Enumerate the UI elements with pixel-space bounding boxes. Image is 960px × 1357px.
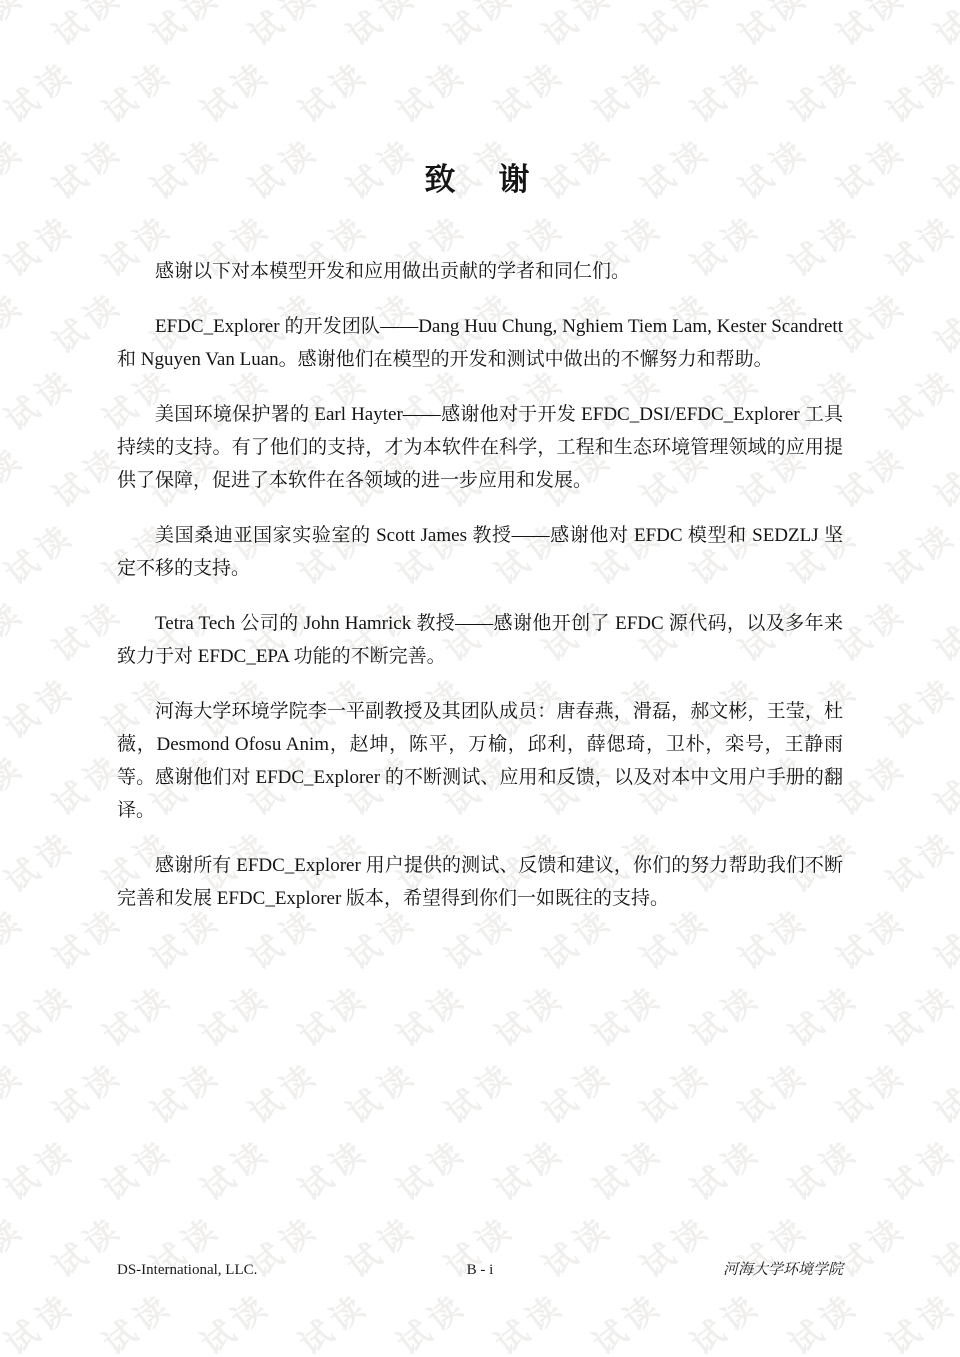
- paragraph-hohai-team: 河海大学环境学院李一平副教授及其团队成员：唐春燕，滑磊，郝文彬，王莹，杜薇，De…: [117, 695, 843, 827]
- watermark-text: 试读: [484, 1126, 574, 1210]
- paragraph-epa: 美国环境保护署的 Earl Hayter——感谢他对于开发 EFDC_DSI/E…: [117, 398, 843, 497]
- footer-page-number: B - i: [359, 1260, 601, 1280]
- watermark-text: 试读: [0, 125, 34, 209]
- watermark-text: 试读: [924, 125, 960, 209]
- watermark-text: 试读: [924, 433, 960, 517]
- watermark-text: 试读: [826, 1049, 916, 1133]
- watermark-text: 试读: [532, 1049, 622, 1133]
- watermark-text: 试读: [0, 664, 84, 748]
- watermark-text: 试读: [434, 1049, 524, 1133]
- watermark-text: 试读: [288, 1280, 378, 1357]
- watermark-text: 试读: [0, 1126, 84, 1210]
- document-page: 试读试读试读试读试读试读试读试读试读试读试读试读试读试读试读试读试读试读试读试读…: [0, 0, 960, 1357]
- watermark-text: 试读: [876, 818, 960, 902]
- paragraph-tetra-tech: Tetra Tech 公司的 John Hamrick 教授——感谢他开创了 E…: [117, 607, 843, 673]
- watermark-text: 试读: [778, 1280, 868, 1357]
- watermark-text: 试读: [0, 1280, 84, 1357]
- watermark-text: 试读: [924, 279, 960, 363]
- watermark-text: 试读: [190, 1126, 280, 1210]
- watermark-text: 试读: [238, 1049, 328, 1133]
- content-area: 致 谢 感谢以下对本模型开发和应用做出贡献的学者和同仁们。 EFDC_Explo…: [117, 0, 843, 937]
- watermark-text: 试读: [924, 0, 960, 55]
- watermark-text: 试读: [484, 972, 574, 1056]
- watermark-text: 试读: [728, 1049, 818, 1133]
- watermark-text: 试读: [778, 972, 868, 1056]
- watermark-text: 试读: [0, 895, 34, 979]
- watermark-text: 试读: [0, 279, 34, 363]
- watermark-text: 试读: [582, 972, 672, 1056]
- watermark-text: 试读: [0, 741, 34, 825]
- watermark-text: 试读: [386, 1126, 476, 1210]
- watermark-text: 试读: [876, 664, 960, 748]
- watermark-text: 试读: [876, 510, 960, 594]
- watermark-text: 试读: [680, 1126, 770, 1210]
- watermark-text: 试读: [680, 972, 770, 1056]
- watermark-text: 试读: [92, 1280, 182, 1357]
- watermark-text: 试读: [582, 1280, 672, 1357]
- watermark-text: 试读: [0, 587, 34, 671]
- watermark-text: 试读: [0, 972, 84, 1056]
- watermark-text: 试读: [0, 202, 84, 286]
- paragraph-intro: 感谢以下对本模型开发和应用做出贡献的学者和同仁们。: [117, 255, 843, 288]
- watermark-text: 试读: [0, 1049, 34, 1133]
- watermark-text: 试读: [924, 895, 960, 979]
- watermark-text: 试读: [876, 48, 960, 132]
- watermark-text: 试读: [778, 1126, 868, 1210]
- watermark-text: 试读: [0, 818, 84, 902]
- watermark-text: 试读: [336, 1049, 426, 1133]
- watermark-text: 试读: [876, 1126, 960, 1210]
- watermark-text: 试读: [924, 1049, 960, 1133]
- watermark-text: 试读: [0, 48, 84, 132]
- watermark-text: 试读: [876, 202, 960, 286]
- watermark-text: 试读: [484, 1280, 574, 1357]
- watermark-text: 试读: [190, 972, 280, 1056]
- watermark-text: 试读: [0, 356, 84, 440]
- watermark-text: 试读: [288, 972, 378, 1056]
- watermark-text: 试读: [924, 741, 960, 825]
- footer-institution: 河海大学环境学院: [601, 1260, 843, 1280]
- watermark-text: 试读: [140, 1049, 230, 1133]
- watermark-text: 试读: [42, 1049, 132, 1133]
- watermark-text: 试读: [582, 1126, 672, 1210]
- watermark-text: 试读: [0, 0, 34, 55]
- watermark-text: 试读: [386, 1280, 476, 1357]
- watermark-text: 试读: [0, 510, 84, 594]
- watermark-text: 试读: [0, 433, 34, 517]
- watermark-text: 试读: [0, 1203, 34, 1287]
- paragraph-users: 感谢所有 EFDC_Explorer 用户提供的测试、反馈和建议，你们的努力帮助…: [117, 849, 843, 915]
- watermark-text: 试读: [680, 1280, 770, 1357]
- footer-company: DS-International, LLC.: [117, 1260, 359, 1280]
- watermark-text: 试读: [876, 1280, 960, 1357]
- watermark-text: 试读: [876, 356, 960, 440]
- paragraph-dev-team: EFDC_Explorer 的开发团队——Dang Huu Chung, Ngh…: [117, 310, 843, 376]
- watermark-text: 试读: [190, 1280, 280, 1357]
- watermark-text: 试读: [630, 1049, 720, 1133]
- page-footer: DS-International, LLC. B - i 河海大学环境学院: [117, 1260, 843, 1280]
- watermark-text: 试读: [924, 587, 960, 671]
- paragraph-sandia: 美国桑迪亚国家实验室的 Scott James 教授——感谢他对 EFDC 模型…: [117, 519, 843, 585]
- watermark-text: 试读: [876, 972, 960, 1056]
- page-title: 致 谢: [117, 158, 843, 202]
- watermark-text: 试读: [92, 972, 182, 1056]
- watermark-text: 试读: [924, 1203, 960, 1287]
- watermark-text: 试读: [386, 972, 476, 1056]
- watermark-text: 试读: [92, 1126, 182, 1210]
- watermark-text: 试读: [288, 1126, 378, 1210]
